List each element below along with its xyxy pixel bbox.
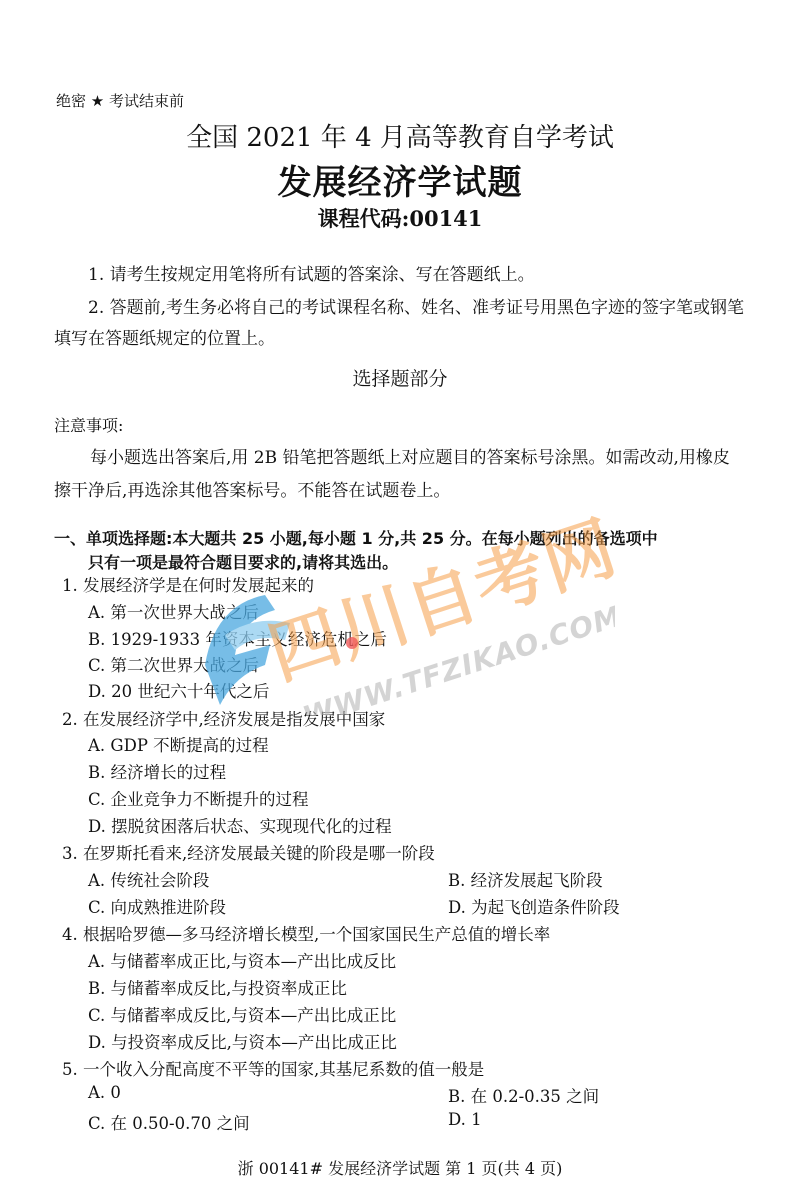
question-2-stem: 2. 在发展经济学中,经济发展是指发展中国家 xyxy=(62,706,385,730)
question-4-option-a: A. 与储蓄率成正比,与资本—产出比成反比 xyxy=(88,948,396,972)
question-5-option-b: B. 在 0.2-0.35 之间 xyxy=(448,1083,599,1107)
section-heading: 选择题部分 xyxy=(0,364,800,391)
notice-line-2: 擦干净后,再选涂其他答案标号。不能答在试题卷上。 xyxy=(54,476,450,501)
secret-label: 绝密 ★ 考试结束前 xyxy=(56,90,184,111)
subject-title: 发展经济学试题 xyxy=(0,155,800,204)
page-footer: 浙 00141# 发展经济学试题 第 1 页(共 4 页) xyxy=(0,1156,800,1179)
question-1-option-c: C. 第二次世界大战之后 xyxy=(88,652,259,676)
question-2-option-a: A. GDP 不断提高的过程 xyxy=(88,732,269,756)
question-4-stem: 4. 根据哈罗德—多马经济增长模型,一个国家国民生产总值的增长率 xyxy=(62,921,550,945)
question-3-option-a: A. 传统社会阶段 xyxy=(88,867,209,891)
notice-line-1: 每小题选出答案后,用 2B 铅笔把答题纸上对应题目的答案标号涂黑。如需改动,用橡… xyxy=(90,443,730,468)
question-2-option-d: D. 摆脱贫困落后状态、实现现代化的过程 xyxy=(88,813,392,837)
question-5-stem: 5. 一个收入分配高度不平等的国家,其基尼系数的值一般是 xyxy=(62,1056,484,1080)
question-1-option-a: A. 第一次世界大战之后 xyxy=(88,599,259,623)
question-3-stem: 3. 在罗斯托看来,经济发展最关键的阶段是哪一阶段 xyxy=(62,840,435,864)
notice-label: 注意事项: xyxy=(54,413,123,436)
question-3-option-d: D. 为起飞创造条件阶段 xyxy=(448,894,620,918)
question-5-option-a: A. 0 xyxy=(88,1083,121,1102)
question-4-option-b: B. 与储蓄率成反比,与投资率成正比 xyxy=(88,975,347,999)
course-code: 课程代码:00141 xyxy=(0,203,800,233)
question-4-option-d: D. 与投资率成反比,与资本—产出比成正比 xyxy=(88,1029,397,1053)
instruction-1: 1. 请考生按规定用笔将所有试题的答案涂、写在答题纸上。 xyxy=(88,260,535,285)
question-3-option-c: C. 向成熟推进阶段 xyxy=(88,894,226,918)
exam-title: 全国 2021 年 4 月高等教育自学考试 xyxy=(0,117,800,154)
question-1-option-b: B. 1929-1933 年资本主义经济危机之后 xyxy=(88,626,387,650)
question-2-option-c: C. 企业竞争力不断提升的过程 xyxy=(88,786,309,810)
part-heading-line-2: 只有一项是最符合题目要求的,请将其选出。 xyxy=(88,550,398,573)
part-heading-line-1: 一、单项选择题:本大题共 25 小题,每小题 1 分,共 25 分。在每小题列出… xyxy=(54,526,658,549)
svg-text:WWW.TFZIKAO.COM: WWW.TFZIKAO.COM xyxy=(299,599,615,715)
question-5-option-d: D. 1 xyxy=(448,1110,482,1129)
question-5-option-c: C. 在 0.50-0.70 之间 xyxy=(88,1110,250,1134)
question-3-option-b: B. 经济发展起飞阶段 xyxy=(448,867,603,891)
question-1-option-d: D. 20 世纪六十年代之后 xyxy=(88,678,269,702)
instruction-2: 2. 答题前,考生务必将自己的考试课程名称、姓名、准考证号用黑色字迹的签字笔或钢… xyxy=(88,293,744,318)
instruction-2-cont: 填写在答题纸规定的位置上。 xyxy=(54,324,275,349)
question-2-option-b: B. 经济增长的过程 xyxy=(88,759,226,783)
question-1-stem: 1. 发展经济学是在何时发展起来的 xyxy=(62,572,314,596)
question-4-option-c: C. 与储蓄率成反比,与资本—产出比成正比 xyxy=(88,1002,396,1026)
